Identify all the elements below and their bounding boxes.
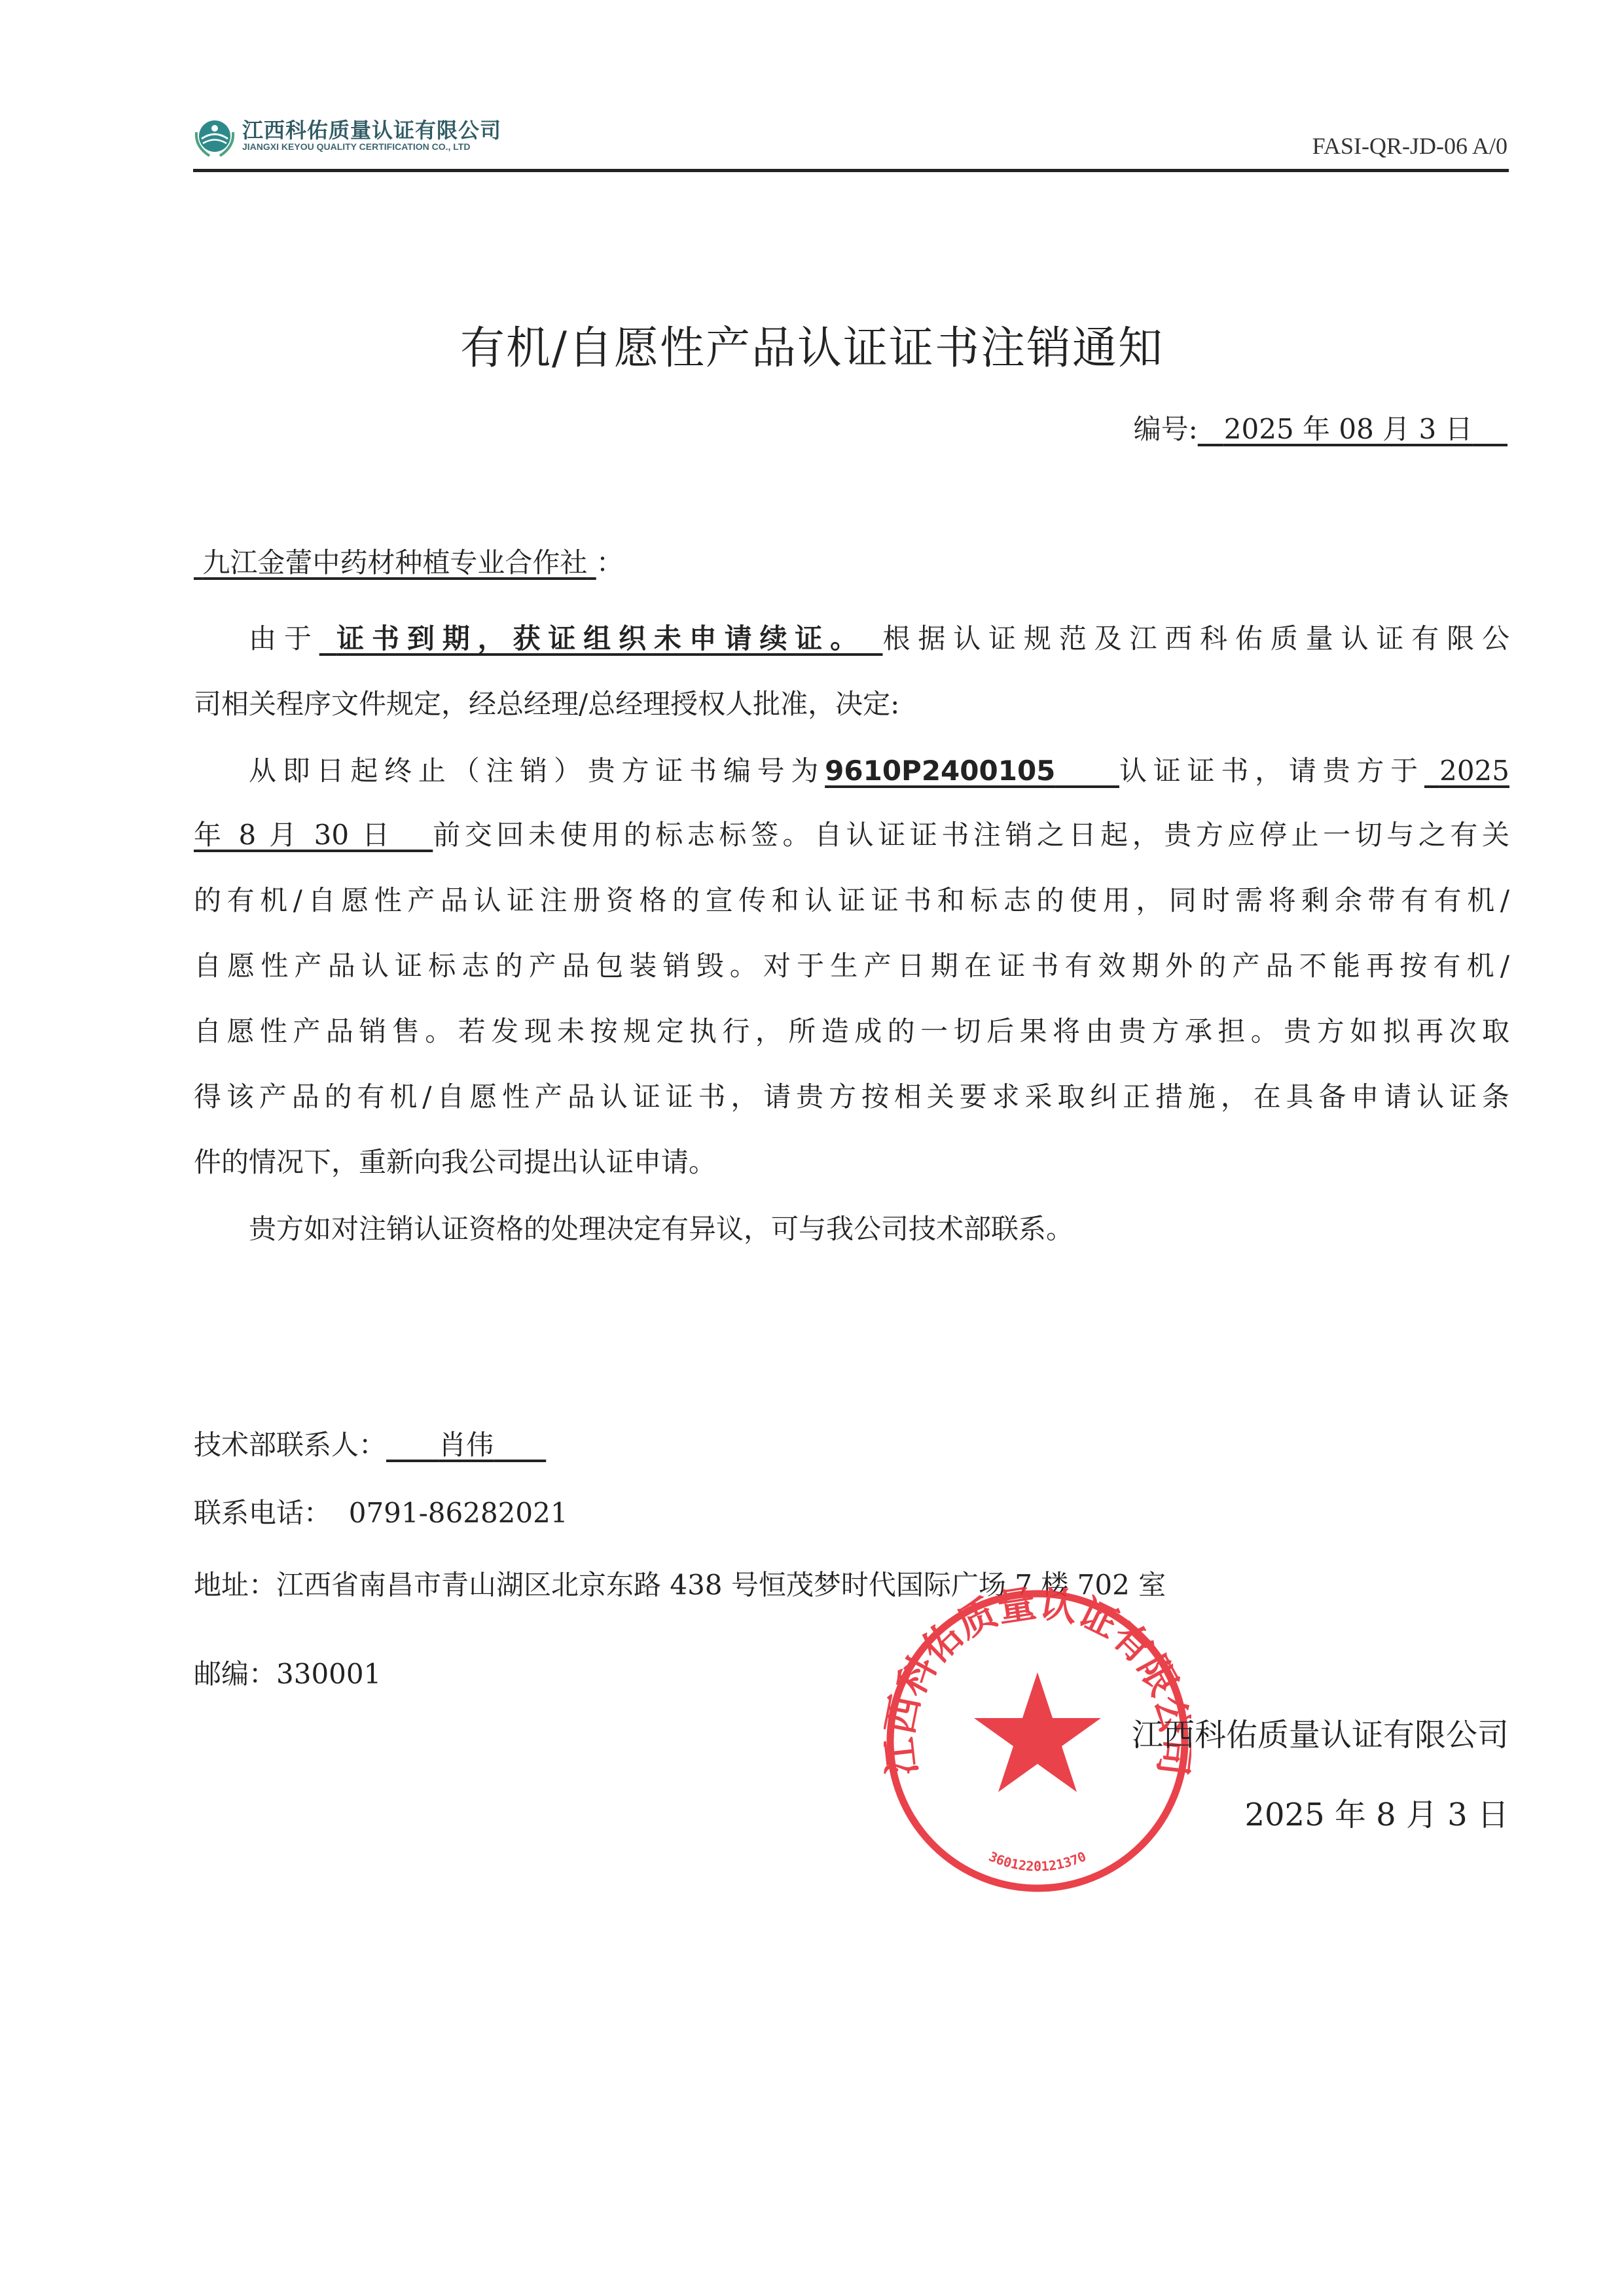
contact-person-name: 肖伟 — [386, 1429, 546, 1461]
paragraph-2-line-4: 自愿性产品认证标志的产品包装销毁。对于生产日期在证书有效期外的产品不能再按有机/ — [194, 946, 1509, 986]
star-icon — [974, 1672, 1101, 1792]
paragraph-2-line-5: 自愿性产品销售。若发现未按规定执行，所造成的一切后果将由贵方承担。贵方如拟再次取 — [194, 1012, 1509, 1051]
document-number: 编号: 2025 年 08 月 3 日 — [1134, 410, 1507, 449]
paragraph-2-line-2: 年 8 月 30 日 前交回未使用的标志标签。自认证证书注销之日起，贵方应停止一… — [194, 816, 1509, 855]
paragraph-2-line-1: 从即日起终止（注销）贵方证书编号为9610P2400105 认证证书，请贵方于 … — [249, 751, 1509, 791]
contact-phone: 联系电话： 0791-86282021 — [194, 1494, 568, 1533]
logo-company-name-cn: 江西科佑质量认证有限公司 — [242, 114, 501, 144]
recipient-suffix: ： — [596, 547, 624, 579]
recipient-name: 九江金蕾中药材种植专业合作社 — [194, 547, 596, 579]
deadline-date: 年 8 月 30 日 — [194, 819, 433, 851]
company-logo: 江西科佑质量认证有限公司 JIANGXI KEYOU QUALITY CERTI… — [190, 113, 497, 165]
number-value: 2025 年 08 月 3 日 — [1198, 413, 1507, 445]
svg-text:3601220121370: 3601220121370 — [986, 1848, 1089, 1874]
cancellation-reason: 证书到期，获证组织未申请续证。 — [319, 622, 883, 655]
paragraph-2-line-7: 件的情况下，重新向我公司提出认证申请。 — [194, 1143, 1509, 1182]
signature-date: 2025 年 8 月 3 日 — [1244, 1793, 1509, 1837]
paragraph-3: 贵方如对注销认证资格的处理决定有异议，可与我公司技术部联系。 — [249, 1210, 1074, 1249]
document-code: FASI-QR-JD-06 A/0 — [1312, 132, 1507, 160]
page-title: 有机/自愿性产品认证证书注销通知 — [0, 313, 1624, 376]
paragraph-1-line-2: 司相关程序文件规定，经总经理/总经理授权人批准，决定: — [194, 685, 1509, 724]
number-label: 编号: — [1134, 413, 1198, 445]
recipient: 九江金蕾中药材种植专业合作社 ： — [194, 543, 624, 583]
header-divider — [193, 169, 1509, 172]
signature-company: 江西科佑质量认证有限公司 — [1132, 1713, 1509, 1757]
laurel-globe-icon — [190, 113, 240, 162]
contact-person: 技术部联系人： 肖伟 — [194, 1426, 546, 1465]
paragraph-1-line-1: 由于 证书到期，获证组织未申请续证。 根据认证规范及江西科佑质量认证有限公 — [249, 619, 1509, 658]
certificate-number: 9610P2400105 — [825, 755, 1119, 787]
postcode-value: 330001 — [276, 1658, 381, 1690]
phone-number: 0791-86282021 — [349, 1497, 568, 1529]
contact-postcode: 邮编：330001 — [194, 1655, 381, 1694]
paragraph-2-line-6: 得该产品的有机/自愿性产品认证证书，请贵方按相关要求采取纠正措施，在具备申请认证… — [194, 1077, 1509, 1117]
paragraph-2-line-3: 的有机/自愿性产品认证注册资格的宣传和认证证书和标志的使用，同时需将剩余带有有机… — [194, 881, 1509, 920]
deadline-year: 2025 — [1424, 755, 1509, 787]
logo-company-name-en: JIANGXI KEYOU QUALITY CERTIFICATION CO.,… — [242, 141, 470, 152]
